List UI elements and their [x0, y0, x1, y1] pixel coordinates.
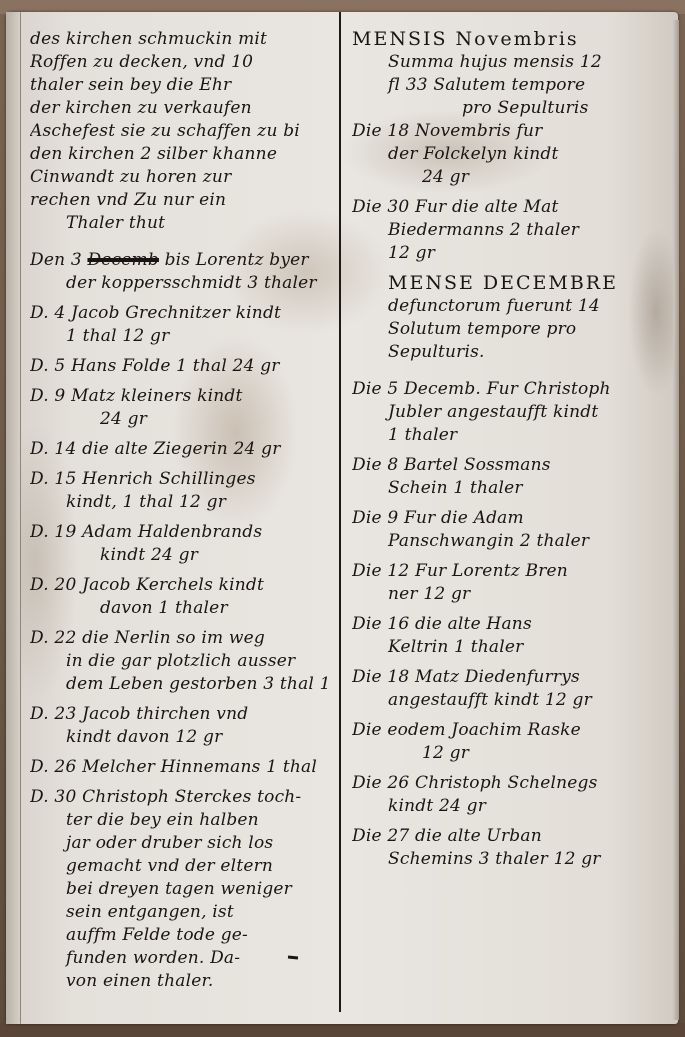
register-entry: Die 12 Fur Lorentz Bren ner 12 gr [352, 560, 662, 606]
entry-text: Jacob thirchen vnd [82, 704, 248, 724]
entry-continuation: kindt davon 12 gr [66, 727, 222, 747]
register-entry: D. 23 Jacob thirchen vnd kindt davon 12 … [30, 703, 330, 749]
struck-word: Decemb [87, 250, 158, 270]
entry-text: die alte Urban [415, 826, 542, 846]
intro-line: den kirchen 2 silber khanne [30, 143, 277, 166]
page-binding-edge [6, 12, 21, 1024]
entry-date: Die 8 [352, 455, 398, 475]
entry-text: Matz kleiners kindt [71, 386, 242, 406]
entry-continuation: auffm Felde tode ge- [66, 925, 248, 945]
intro-line: Roffen zu decken, vnd 10 [30, 51, 253, 74]
entry-date: D. 14 [30, 439, 76, 459]
entry-continuation: von einen thaler. [66, 971, 214, 991]
entry-date: D. 9 [30, 386, 65, 406]
entry-continuation: 24 gr [422, 167, 469, 187]
entry-date: D. 19 [30, 522, 76, 542]
register-entry: D. 15 Henrich Schillinges kindt, 1 thal … [30, 468, 330, 514]
entry-continuation: kindt 24 gr [100, 545, 198, 565]
november-heading: MENSIS Novembris [352, 28, 662, 51]
entry-continuation: Schemins 3 thaler 12 gr [388, 849, 601, 869]
entry-text: eodem Joachim Raske [387, 720, 581, 740]
register-entry: Die 27 die alte Urban Schemins 3 thaler … [352, 825, 662, 871]
entry-continuation: Schein 1 thaler [388, 478, 523, 498]
entry-continuation: bei dreyen tagen weniger [66, 879, 292, 899]
register-entry: D. 4 Jacob Grechnitzer kindt 1 thal 12 g… [30, 302, 330, 348]
entry-text: Christoph Sterckes toch- [82, 787, 301, 807]
entry-continuation: 1 thal 12 gr [66, 326, 169, 346]
entry-text: Fur die alte Mat [415, 197, 559, 217]
entry-continuation: 12 gr [388, 243, 435, 263]
entry-date: Die 5 Decemb. [352, 379, 481, 399]
page-right-edge [673, 20, 679, 1020]
column-divider-line [339, 12, 341, 1012]
register-entry: D. 26 Melcher Hinnemans 1 thal [30, 756, 330, 779]
register-entry: D. 30 Christoph Sterckes toch- ter die b… [30, 786, 330, 993]
entry-text: bis Lorentz byer [165, 250, 309, 270]
entry-text: Melcher Hinnemans 1 thal [82, 757, 317, 777]
entry-continuation: 1 thaler [388, 425, 457, 445]
register-entry: Die 18 Matz Diedenfurrys angestaufft kin… [352, 666, 662, 712]
entry-text: die alte Hans [415, 614, 532, 634]
november-intro-line: Summa hujus mensis 12 [352, 51, 662, 74]
entry-continuation: in die gar plotzlich ausser [66, 651, 295, 671]
entry-text: Adam Haldenbrands [82, 522, 262, 542]
entry-continuation: jar oder druber sich los [66, 833, 273, 853]
intro-line: Cinwandt zu horen zur [30, 166, 231, 189]
entry-continuation: Keltrin 1 thaler [388, 637, 523, 657]
entry-continuation: ter die bey ein halben [66, 810, 259, 830]
register-entry: D. 19 Adam Haldenbrands kindt 24 gr [30, 521, 330, 567]
november-intro-line: fl 33 Salutem tempore [352, 74, 662, 97]
register-entry: Die 5 Decemb. Fur Christoph Jubler anges… [352, 378, 662, 447]
entry-continuation: der Folckelyn kindt [388, 144, 559, 164]
intro-line: Aschefest sie zu schaffen zu bi [30, 121, 300, 141]
entry-text: Fur Lorentz Bren [415, 561, 568, 581]
register-entry: D. 22 die Nerlin so im weg in die gar pl… [30, 627, 330, 696]
right-column: MENSIS Novembris Summa hujus mensis 12 f… [352, 28, 662, 878]
entry-date: D. 20 [30, 575, 76, 595]
entry-continuation: angestaufft kindt 12 gr [388, 690, 592, 710]
entry-continuation: der koppersschmidt 3 thaler [66, 273, 317, 293]
entry-date: D. 15 [30, 469, 76, 489]
entry-text: die alte Ziegerin 24 gr [82, 439, 280, 459]
register-entry: Den 3 Decemb bis Lorentz byer der kopper… [30, 249, 330, 295]
entry-date: Die 18 [352, 667, 409, 687]
entry-date: Die 9 [352, 508, 398, 528]
entry-date: D. 4 [30, 303, 65, 323]
entry-text: Christoph Schelnegs [415, 773, 598, 793]
register-entry: Die eodem Joachim Raske 12 gr [352, 719, 662, 765]
register-entry: Die 9 Fur die Adam Panschwangin 2 thaler [352, 507, 662, 553]
entry-date: Die 16 [352, 614, 409, 634]
entry-date: D. 30 [30, 787, 76, 807]
left-column: des kirchen schmuckin mit Roffen zu deck… [30, 28, 330, 1000]
entry-text: Matz Diedenfurrys [415, 667, 580, 687]
desk-surface-bottom [0, 1023, 685, 1037]
intro-paragraph: des kirchen schmuckin mit Roffen zu deck… [30, 28, 330, 235]
entry-date: Die [352, 720, 382, 740]
entry-date: D. 26 [30, 757, 76, 777]
register-entry: Die 26 Christoph Schelnegs kindt 24 gr [352, 772, 662, 818]
entry-text: Henrich Schillinges [82, 469, 256, 489]
entry-date: Den 3 [30, 250, 82, 270]
december-intro-line: defunctorum fuerunt 14 [352, 295, 662, 318]
intro-line: rechen vnd Zu nur ein [30, 189, 226, 212]
entry-continuation: gemacht vnd der eltern [66, 856, 273, 876]
entry-continuation: sein entgangen, ist [66, 902, 234, 922]
entry-continuation: Jubler angestaufft kindt [388, 402, 598, 422]
entry-text: die Nerlin so im weg [82, 628, 265, 648]
entry-continuation: 24 gr [100, 409, 147, 429]
entry-continuation: dem Leben gestorben 3 thal 12 gr [66, 674, 330, 694]
entry-date: D. 5 [30, 356, 65, 376]
entry-continuation: kindt, 1 thal 12 gr [66, 492, 226, 512]
entry-continuation: 12 gr [422, 743, 469, 763]
intro-line: der kirchen zu verkaufen [30, 97, 252, 120]
register-entry: Die 16 die alte Hans Keltrin 1 thaler [352, 613, 662, 659]
entry-date: Die 30 [352, 197, 409, 217]
november-intro-line: pro Sepulturis [352, 97, 662, 120]
register-entry: D. 5 Hans Folde 1 thal 24 gr [30, 355, 330, 378]
entry-continuation: Panschwangin 2 thaler [388, 531, 589, 551]
entry-continuation: davon 1 thaler [100, 598, 228, 618]
entry-date: D. 22 [30, 628, 76, 648]
entry-continuation: kindt 24 gr [388, 796, 486, 816]
entry-text: Jacob Kerchels kindt [82, 575, 264, 595]
entry-text: Jacob Grechnitzer kindt [71, 303, 281, 323]
entry-text: Fur Christoph [487, 379, 611, 399]
intro-line: Thaler thut [66, 213, 165, 233]
register-entry: Die 8 Bartel Sossmans Schein 1 thaler [352, 454, 662, 500]
entry-date: Die 18 Novembris [352, 121, 511, 141]
entry-text: fur [516, 121, 542, 141]
register-entry: Die 18 Novembris fur der Folckelyn kindt… [352, 120, 662, 189]
left-margin-rule [20, 14, 21, 1022]
photo-background: des kirchen schmuckin mit Roffen zu deck… [0, 0, 685, 1037]
december-intro-line: Sepulturis. [352, 341, 662, 364]
december-intro-line: Solutum tempore pro [352, 318, 662, 341]
register-entry: D. 9 Matz kleiners kindt 24 gr [30, 385, 330, 431]
entry-date: D. 23 [30, 704, 76, 724]
entry-text: Fur die Adam [404, 508, 524, 528]
entry-continuation: ner 12 gr [388, 584, 470, 604]
december-heading: MENSE DECEMBRE [352, 272, 662, 295]
entry-date: Die 26 [352, 773, 409, 793]
register-entry: D. 20 Jacob Kerchels kindt davon 1 thale… [30, 574, 330, 620]
entry-continuation: funden worden. Da- [66, 948, 240, 968]
intro-line: thaler sein bey die Ehr [30, 74, 231, 97]
entry-date: Die 12 [352, 561, 409, 581]
register-entry: Die 30 Fur die alte Mat Biedermanns 2 th… [352, 196, 662, 265]
intro-line: des kirchen schmuckin mit [30, 28, 267, 51]
register-entry: D. 14 die alte Ziegerin 24 gr [30, 438, 330, 461]
entry-date: Die 27 [352, 826, 409, 846]
entry-text: Bartel Sossmans [404, 455, 551, 475]
entry-continuation: Biedermanns 2 thaler [388, 220, 579, 240]
entry-text: Hans Folde 1 thal 24 gr [71, 356, 280, 376]
